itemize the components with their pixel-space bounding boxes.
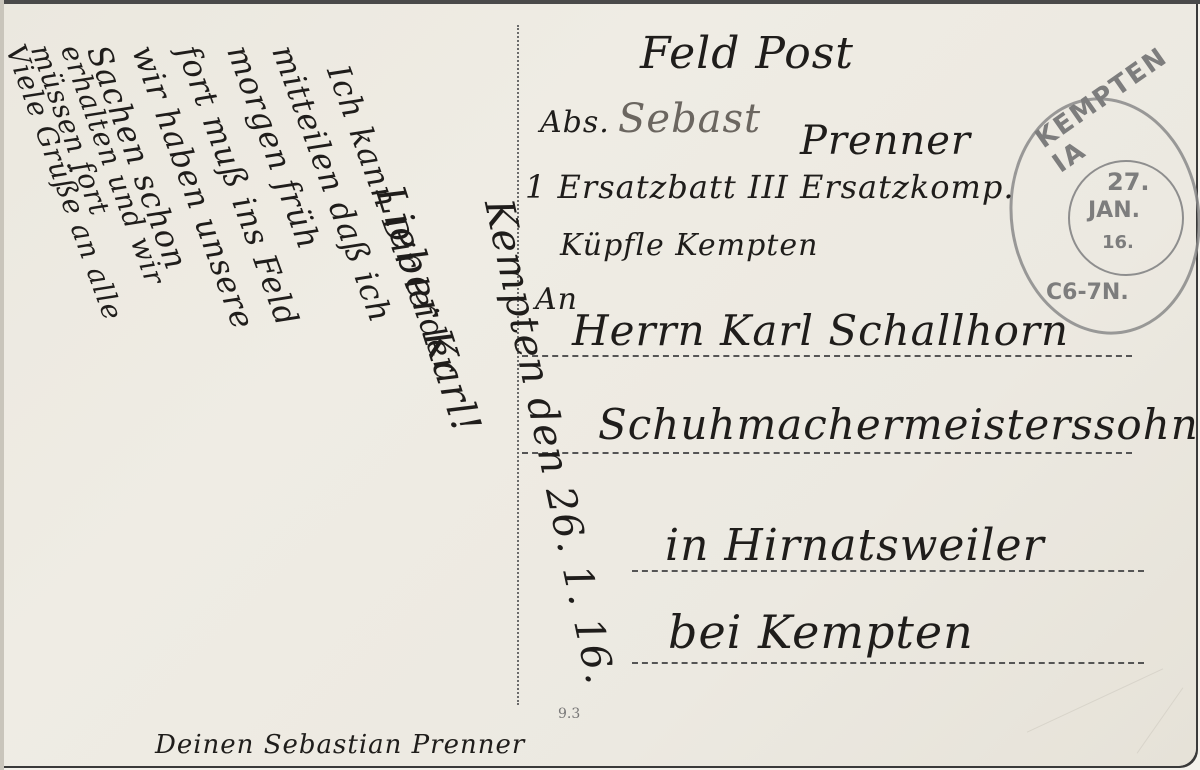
message-closing: Deinen Sebastian Prenner bbox=[155, 730, 525, 760]
postmark-time-prefix: C bbox=[1046, 280, 1062, 305]
recipient-town: bei Kempten bbox=[668, 605, 974, 659]
sender-first-name: Sebast bbox=[618, 96, 761, 142]
recipient-name: Herrn Karl Schallhorn bbox=[572, 306, 1069, 355]
postmark-time: C6-7N. bbox=[1046, 280, 1129, 305]
postmark-month: JAN. bbox=[1088, 198, 1140, 223]
feldpost-label: Feld Post bbox=[640, 28, 854, 79]
scan-left-edge bbox=[0, 0, 4, 770]
address-line-1 bbox=[522, 355, 1132, 357]
printed-card-number: 9.3 bbox=[558, 706, 580, 722]
postmark-day: 27. bbox=[1107, 168, 1150, 196]
sender-surname: Prenner bbox=[800, 118, 971, 164]
postmark-time-value: 6-7N. bbox=[1062, 280, 1129, 305]
postmark-year: 16. bbox=[1102, 232, 1134, 253]
sender-prefix: Abs. bbox=[540, 105, 610, 140]
address-line-2 bbox=[522, 452, 1132, 454]
recipient-village: in Hirnatsweiler bbox=[665, 520, 1045, 571]
sender-location: Küpfle Kempten bbox=[560, 228, 818, 263]
scan-top-edge bbox=[0, 0, 1200, 4]
sender-unit: 1 Ersatzbatt III Ersatzkomp. bbox=[525, 168, 1014, 206]
address-line-4 bbox=[632, 662, 1144, 664]
recipient-title: Schuhmachermeisterssohn bbox=[598, 400, 1199, 449]
